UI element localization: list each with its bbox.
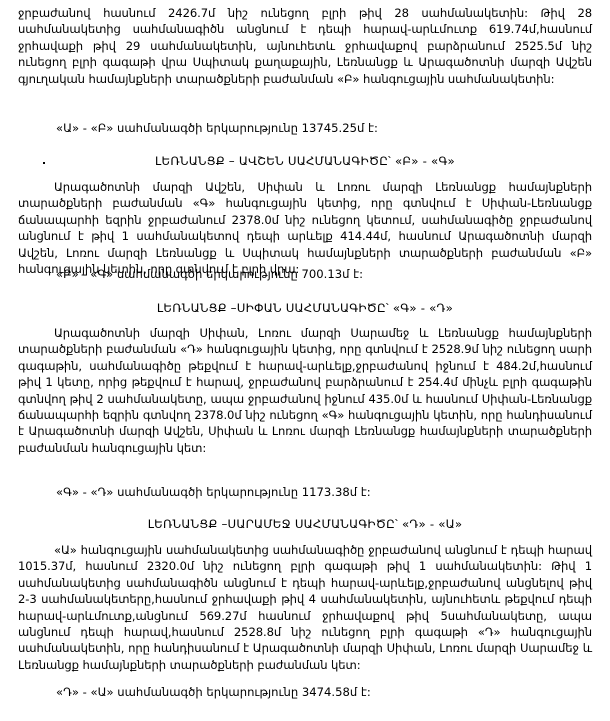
document-page: ջրբաժանով հասնում 2426.7մ նիշ ունեցող բլ… (0, 0, 610, 721)
section1-paragraph: ջրբաժանով հասնում 2426.7մ նիշ ունեցող բլ… (18, 5, 592, 87)
section3-length-line: «Գ» - «Դ» սահմանագծի երկարությունը 1173.… (56, 484, 371, 500)
section4-heading: ԼԵՌՆԱՆՑՔ –ՍԱՐԱՄԵՋ ՍԱՀՄԱՆԱԳԻԾԸ՝ «Դ» - «Ա» (0, 516, 610, 532)
section4-length-line: «Դ» - «Ա» սահմանագծի երկարությունը 3474.… (56, 684, 371, 700)
section3-paragraph: Արագածոտնի մարզի Սիփան, Լոռու մարզի Սարա… (18, 325, 592, 456)
section3-heading: ԼԵՌՆԱՆՑՔ –ՍԻՓԱՆ ՍԱՀՄԱՆԱԳԻԾԸ՝ «Գ» - «Դ» (0, 300, 610, 316)
section1-length-line: «Ա» - «Բ» սահմանագծի երկարությունը 13745… (56, 120, 378, 136)
section2-heading: ԼԵՌՆԱՆՑՔ – ԱՎՇԵՆ ՍԱՀՄԱՆԱԳԻԾԸ՝ «Բ» - «Գ» (0, 153, 610, 169)
section2-length-line: «Բ» - «Գ» սահմանագծի երկարությունը 700.1… (56, 266, 363, 282)
section4-paragraph: «Ա» հանգուցային սահմանակետից սահմանագիծը… (18, 542, 592, 673)
section2-paragraph: Արագածոտնի մարզի Ավշեն, Սիփան և Լոռու մա… (18, 179, 592, 277)
